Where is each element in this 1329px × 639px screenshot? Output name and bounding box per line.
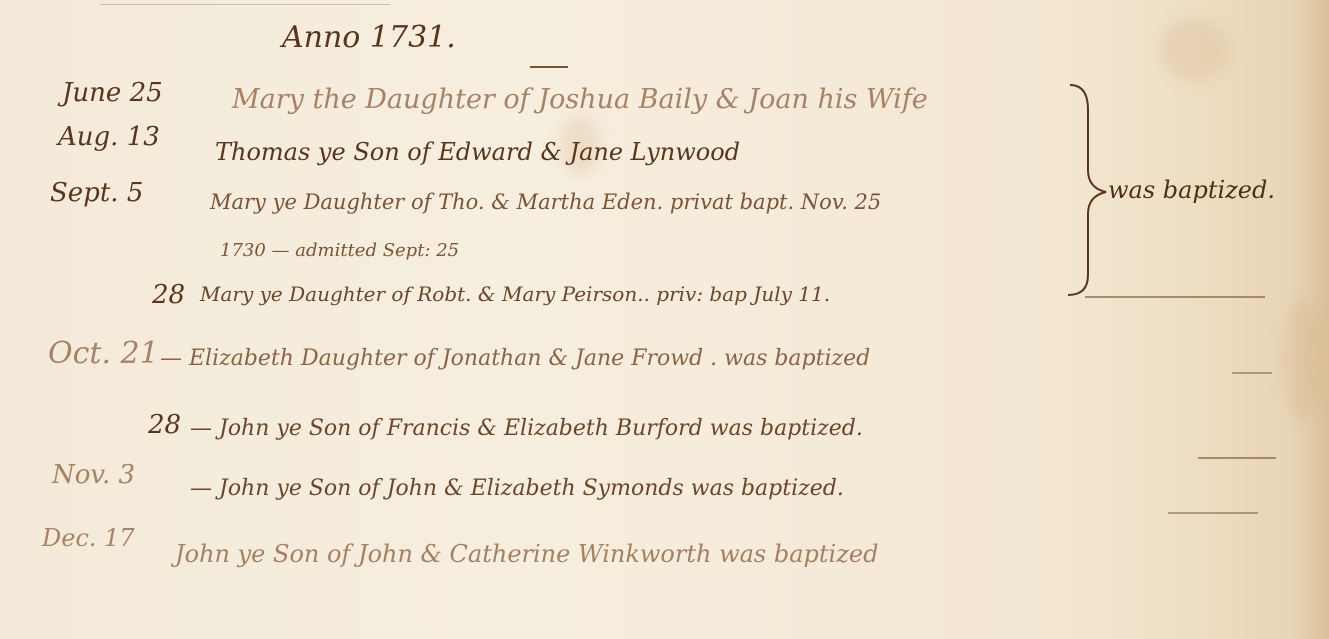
register-page: Anno 1731. June 25 Mary the Daughter of … xyxy=(0,0,1329,639)
year-heading: Anno 1731. xyxy=(282,20,456,55)
bracket-label: was baptized. xyxy=(1108,176,1275,204)
entry-date: Oct. 21 xyxy=(48,336,159,371)
entry-date: June 25 xyxy=(62,78,163,108)
entry-text: — John ye Son of Francis & Elizabeth Bur… xyxy=(190,416,863,441)
bracket-icon xyxy=(1060,80,1110,300)
entry-date: Dec. 17 xyxy=(42,524,135,552)
entry-rule xyxy=(1232,372,1272,374)
entry-date: 28 xyxy=(152,280,185,310)
entry-date: Nov. 3 xyxy=(52,460,135,490)
entry-text: Mary the Daughter of Joshua Baily & Joan… xyxy=(232,84,928,115)
entry-text: Mary ye Daughter of Tho. & Martha Eden. … xyxy=(210,190,881,214)
entry-rule xyxy=(1085,296,1265,298)
entry-text: John ye Son of John & Catherine Winkwort… xyxy=(175,540,878,568)
paper-stain xyxy=(1160,20,1230,80)
entry-rule xyxy=(1198,457,1276,459)
entry-text: — Elizabeth Daughter of Jonathan & Jane … xyxy=(160,346,870,371)
entry-text: — John ye Son of John & Elizabeth Symond… xyxy=(190,476,844,501)
entry-date: Aug. 13 xyxy=(58,122,160,152)
entry-text: Thomas ye Son of Edward & Jane Lynwood xyxy=(215,138,740,166)
entry-date: 28 xyxy=(148,410,181,440)
entry-note: 1730 — admitted Sept: 25 xyxy=(220,240,459,261)
top-rule xyxy=(100,4,390,5)
entry-date: Sept. 5 xyxy=(50,178,143,208)
entry-text: Mary ye Daughter of Robt. & Mary Peirson… xyxy=(200,282,830,306)
title-underline xyxy=(530,66,568,68)
paper-stain xyxy=(1280,300,1320,420)
entry-rule xyxy=(1168,512,1258,514)
